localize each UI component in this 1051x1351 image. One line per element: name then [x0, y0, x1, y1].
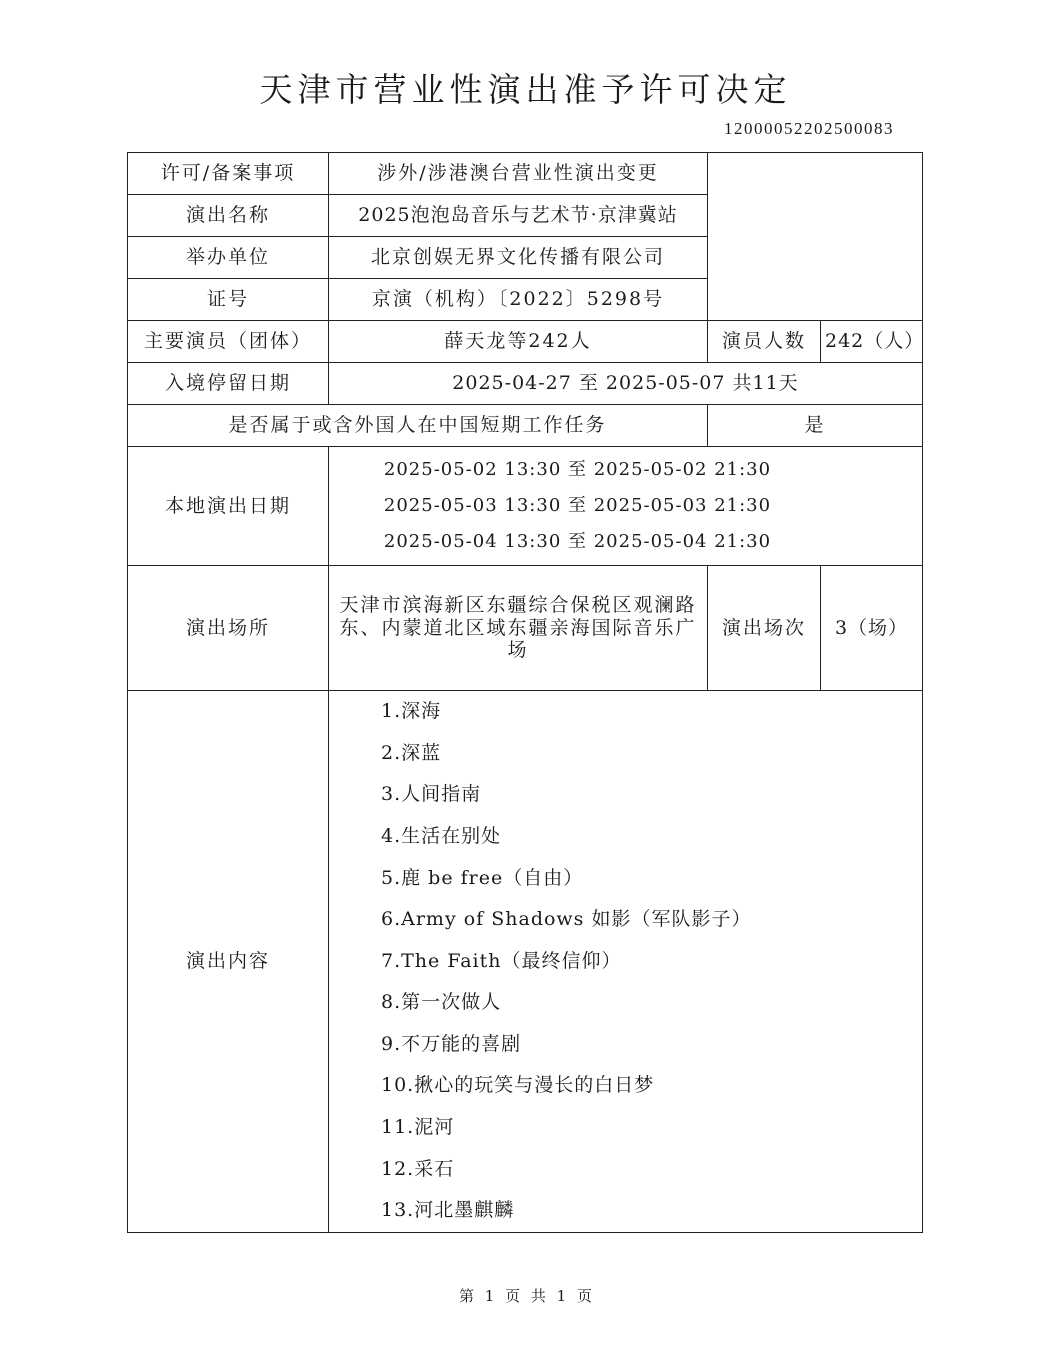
permit-item-value: 涉外/涉港澳台营业性演出变更: [329, 153, 708, 195]
show-name-value: 2025泡泡岛音乐与艺术节·京津冀站: [329, 195, 708, 237]
organizer-label: 举办单位: [128, 237, 329, 279]
permit-item-label: 许可/备案事项: [128, 153, 329, 195]
document-title: 天津市营业性演出准予许可决定: [0, 64, 1051, 111]
venue-value: 天津市滨海新区东疆综合保税区观澜路东、内蒙道北区域东疆亲海国际音乐广场: [329, 566, 708, 691]
performers-value: 薛天龙等242人: [329, 321, 708, 363]
song-item: 2.深蓝: [381, 733, 922, 775]
song-item: 5.鹿 be free（自由）: [381, 858, 922, 900]
row-permit-item: 许可/备案事项 涉外/涉港澳台营业性演出变更: [128, 153, 923, 195]
content-label: 演出内容: [128, 691, 329, 1233]
local-dates-label: 本地演出日期: [128, 447, 329, 566]
performers-label: 主要演员（团体）: [128, 321, 329, 363]
song-item: 12.采石: [381, 1149, 922, 1191]
date-range: 2025-05-03 13:30 至 2025-05-03 21:30: [333, 488, 822, 524]
song-item: 7.The Faith（最终信仰）: [381, 941, 922, 983]
song-item: 10.揪心的玩笑与漫长的白日梦: [381, 1065, 922, 1107]
local-dates-values: 2025-05-02 13:30 至 2025-05-02 21:30 2025…: [329, 447, 923, 566]
row-stay-dates: 入境停留日期 2025-04-27 至 2025-05-07 共11天: [128, 363, 923, 405]
organizer-value: 北京创娱无界文化传播有限公司: [329, 237, 708, 279]
song-list: 1.深海 2.深蓝 3.人间指南 4.生活在别处 5.鹿 be free（自由）…: [329, 691, 923, 1233]
row-venue: 演出场所 天津市滨海新区东疆综合保税区观澜路东、内蒙道北区域东疆亲海国际音乐广场…: [128, 566, 923, 691]
date-range: 2025-05-02 13:30 至 2025-05-02 21:30: [333, 452, 822, 488]
song-item: 8.第一次做人: [381, 982, 922, 1024]
page-footer: 第 1 页 共 1 页: [0, 1285, 1051, 1306]
permit-table: 许可/备案事项 涉外/涉港澳台营业性演出变更 演出名称 2025泡泡岛音乐与艺术…: [127, 152, 923, 1233]
stay-dates-value: 2025-04-27 至 2025-05-07 共11天: [329, 363, 923, 405]
short-term-work-label: 是否属于或含外国人在中国短期工作任务: [128, 405, 708, 447]
date-range: 2025-05-04 13:30 至 2025-05-04 21:30: [333, 524, 822, 560]
venue-label: 演出场所: [128, 566, 329, 691]
song-item: 4.生活在别处: [381, 816, 922, 858]
song-item: 3.人间指南: [381, 774, 922, 816]
license-no-label: 证号: [128, 279, 329, 321]
short-term-work-value: 是: [708, 405, 923, 447]
song-item: 9.不万能的喜剧: [381, 1024, 922, 1066]
song-item: 6.Army of Shadows 如影（军队影子）: [381, 899, 922, 941]
document-number: 12000052202500083: [724, 119, 894, 139]
performer-count-value: 242（人）: [821, 321, 923, 363]
show-name-label: 演出名称: [128, 195, 329, 237]
row-content: 演出内容 1.深海 2.深蓝 3.人间指南 4.生活在别处 5.鹿 be fre…: [128, 691, 923, 1233]
song-item: 1.深海: [381, 691, 922, 733]
blank-cell: [708, 153, 923, 321]
license-no-value: 京演（机构）〔2022〕5298号: [329, 279, 708, 321]
song-item: 11.泥河: [381, 1107, 922, 1149]
sessions-value: 3（场）: [821, 566, 923, 691]
song-item: 13.河北墨麒麟: [381, 1190, 922, 1232]
row-short-term-work: 是否属于或含外国人在中国短期工作任务 是: [128, 405, 923, 447]
row-local-dates: 本地演出日期 2025-05-02 13:30 至 2025-05-02 21:…: [128, 447, 923, 566]
stay-dates-label: 入境停留日期: [128, 363, 329, 405]
sessions-label: 演出场次: [708, 566, 821, 691]
row-performers: 主要演员（团体） 薛天龙等242人 演员人数 242（人）: [128, 321, 923, 363]
performer-count-label: 演员人数: [708, 321, 821, 363]
